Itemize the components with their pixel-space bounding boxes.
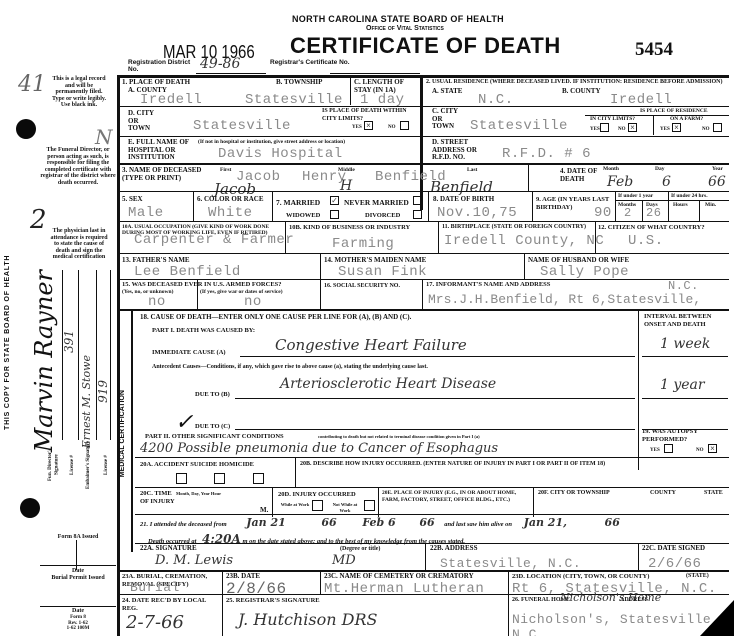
place-of-injury-label: 20e. Place of Injury (e.g., in or about … [382,490,532,503]
never-married-label: Never Married [344,199,409,207]
divider [40,606,116,607]
date-signed-label: 22c. Date Signed [642,545,705,553]
burial-date-value[interactable]: 2/8/66 [226,580,287,598]
funeral-address-label: Address [620,597,648,605]
part-2-hint: contributing to death but not related to… [318,434,480,440]
res-state-label: a. State [432,88,462,96]
document-title: CERTIFICATE OF DEATH [290,33,561,59]
divider [117,75,729,77]
due-to-b-value[interactable]: Arteriosclerotic Heart Disease [280,376,496,392]
birthplace-value[interactable]: Iredell County, NC [444,233,604,249]
form-revision-info: Form 8 Rev. 1-62 1-62 100M [40,615,116,632]
divider [638,311,639,470]
registrar-signature[interactable]: J. Hutchison DRS [238,610,377,629]
death-year-value[interactable]: 66 [708,174,726,190]
divider [120,191,729,192]
divider [120,136,420,137]
autopsy-label: 19. Was Autopsy Performed? [642,428,726,443]
injury-county-label: County [650,490,676,498]
divider [653,115,654,135]
part-1-label: Part I. Death was caused by: [152,327,255,335]
armed-forces-value[interactable]: no [148,294,166,310]
attended-from-year[interactable]: 66 [321,516,336,529]
divider [120,279,729,280]
agency-name: NORTH CAROLINA STATE BOARD OF HEALTH [292,14,504,24]
father-name-value[interactable]: Lee Benfield [134,264,241,280]
last-name-label: Last [467,167,477,173]
divider [272,191,273,221]
divider [423,106,729,107]
divider [320,570,321,594]
burial-value[interactable]: Burial [130,580,180,595]
fd-license-value[interactable]: 391 [62,330,76,353]
interval-label: Interval Between Onset and Death [644,313,728,328]
attended-text: 21. I attended the deceased from [140,521,227,528]
res-county-label: b. County [562,88,601,96]
autopsy-yes-label: Yes [650,447,660,455]
sex-label: 5. Sex [122,196,143,204]
divider [699,200,700,221]
margin-handwritten-41: 41 [18,72,46,97]
divider [295,457,296,487]
registration-district-underline [196,73,266,74]
month-label: Month [603,166,619,172]
date-of-birth-label: 8. Date of Birth [433,196,494,204]
street-address-value[interactable]: R.F.D. # 6 [502,146,591,162]
divider [532,191,533,221]
page-corner-fold [700,600,734,636]
industry-value[interactable]: Farming [332,236,394,252]
day-label: Day [655,166,664,172]
divider [235,398,635,399]
due-to-c-label: Due to (c) [195,423,230,431]
year-label: Year [712,166,723,172]
sex-value[interactable]: Male [128,205,164,221]
days-value[interactable]: 26 [646,206,661,220]
legal-notice: This is a legal record and will be perma… [50,76,108,109]
part-2-label: Part II. Other significant conditions [145,433,284,441]
war-service-hint: (If yes, give war or dates of service) [200,289,283,295]
married-label: 7. Married [276,199,320,207]
divider [615,200,729,201]
burial-permit-issued: Burial Permit Issued [40,575,116,582]
race-label: 6. Color or Race [197,196,264,204]
first-name-label: First [220,167,231,173]
location-label: 23d. Location (City, town, or county) [512,573,649,581]
registrar-certificate-label: Registrar's Certificate No. [270,60,360,67]
last-name-handwritten: Benfield [430,178,493,196]
autopsy-no-checkbox[interactable]: × [708,444,717,453]
months-value[interactable]: 2 [624,206,632,220]
office-name: Office of Vital Statistics [366,25,444,32]
injury-occurred-label: 20d. Injury Occurred [278,491,356,499]
divider [135,457,729,458]
time-of-injury-hint: Month, Day, Year Hour [176,491,221,497]
usual-residence-label: 2. Usual Residence (Where deceased lived… [426,79,726,87]
last-seen-year[interactable]: 66 [605,516,620,529]
informant-label: 17. Informant's Name and Address [426,281,550,289]
signature-label: 22a. Signature [140,545,197,553]
divider [240,356,635,357]
divider [423,136,729,137]
widowed-label: Widowed [286,212,320,220]
spouse-name-value[interactable]: Sally Pope [540,264,629,280]
margin-handwritten-n: N [95,125,113,149]
informant-state-value[interactable]: N.C. [668,279,699,293]
divider [508,570,509,636]
minutes-label: Min. [705,202,716,208]
funeral-director-notice: The Funeral Director, or person acting a… [40,147,116,187]
never-married-checkbox[interactable] [413,196,422,205]
part-2-checkmark: ✓ [175,410,193,435]
within-limits-yes-checkbox[interactable]: × [364,121,373,130]
war-service-value[interactable]: no [244,294,262,310]
attended-to-value[interactable]: Feb 6 [362,516,395,529]
divider [193,191,194,221]
death-day-value[interactable]: 6 [662,174,671,190]
registration-district-value[interactable]: 49-86 [200,56,240,72]
mother-name-value[interactable]: Susan Fink [338,264,427,280]
informant-value[interactable]: Mrs.J.H.Benfield, Rt 6,Statesville, [428,292,701,307]
divider [320,253,321,279]
in-city-yes-label: Yes [590,126,600,134]
divider [528,165,529,191]
divider [642,200,643,221]
embalmer-license-label: License # [104,440,111,490]
punch-hole [16,119,36,139]
date-label: Date [40,608,116,615]
age-value[interactable]: 90 [594,205,612,221]
embalmer-signature-line [96,270,97,440]
divider [350,78,351,105]
due-to-b-label: Due to (b) [195,391,230,399]
embalmer-signature-label: Embalmer's Signature [86,440,93,490]
divider [378,487,379,517]
city-township-label: 20f. City or Township [538,490,610,498]
on-farm-yes-checkbox[interactable]: × [672,123,681,132]
in-city-no-label: No [618,126,626,134]
date-of-birth-value[interactable]: Nov.10,75 [437,205,517,221]
married-checkbox[interactable]: ✓ [330,196,339,205]
death-city-value[interactable]: Statesville [193,118,291,134]
physician-notice: The physician last in attendance is requ… [50,228,108,261]
date-received-label: 24. Date Rec'd by Local Reg. [122,597,220,612]
attended-to-year[interactable]: 66 [419,516,434,529]
divorced-checkbox[interactable] [413,210,422,219]
divider [642,356,728,357]
on-farm-yes-label: Yes [660,126,670,134]
accident-label: 20a. Accident Suicide Homicide [140,461,254,469]
degree-label: (Degree or title) [340,546,380,552]
citizen-label: 12. Citizen of What Country? [598,224,705,232]
location-state-label: (State) [686,573,709,581]
on-farm-no-checkbox[interactable] [713,123,722,132]
divider [222,570,223,636]
divider [422,279,423,309]
divider [120,253,729,254]
physician-degree[interactable]: MD [332,553,356,568]
accident-checkbox[interactable] [176,473,187,484]
embalmer-signature[interactable]: Ernest M. Stowe [80,355,93,448]
address-label: 22b. Address [430,545,477,553]
deceased-name-label: 3. Name of Deceased (Type or Print) [122,167,202,182]
punch-hole [20,498,40,518]
date-of-death-label: 4. Date of Death [560,168,600,183]
race-value[interactable]: White [208,205,253,221]
fd-signature-line [62,270,63,440]
cemetery-label: 23c. Name of Cemetery or Crematory [324,573,474,581]
while-at-work-checkbox[interactable] [312,500,323,511]
armed-forces-label: 15. Was Deceased Ever in U.S. Armed Forc… [122,281,322,289]
injury-state-label: State [704,490,723,498]
margin-handwritten-2: 2 [30,205,47,235]
divider [642,398,728,399]
cause-of-death-label: 18. Cause of Death—Enter only one cause … [140,314,411,322]
divider [235,429,635,430]
res-city-label: c. City or Town [432,108,466,131]
attendance-statement: 21. I attended the deceased from Jan 21 … [140,516,620,529]
while-at-work-label: While at Work [280,502,310,508]
divider [135,514,729,515]
immediate-interval-value[interactable]: 1 week [660,336,710,352]
res-city-value[interactable]: Statesville [470,118,568,134]
physician-address-value[interactable]: Statesville, N.C. [440,556,581,571]
fd-signature-label: Fun. Director's Signature [48,440,61,490]
not-while-at-work-checkbox[interactable] [364,500,375,511]
last-saw-text: and last saw him alive on [444,521,512,528]
divider [40,565,116,566]
under-24-hours-label: If under 24 hrs. [671,193,708,199]
divider [117,163,729,165]
immediate-cause-value[interactable]: Congestive Heart Failure [275,336,467,354]
suicide-checkbox[interactable] [214,473,225,484]
divorced-label: Divorced [365,212,400,220]
divider [533,487,534,517]
date-label: Date [40,568,116,575]
within-limits-yes-label: Yes [352,124,362,132]
state-copy-label: THIS COPY FOR STATE BOARD OF HEALTH [4,250,11,430]
social-security-label: 16. Social Security No. [324,283,400,291]
birthplace-label: 11. Birthplace (State or foreign country… [442,224,586,232]
divider [120,221,729,222]
embalmer-license-line [110,270,111,440]
fd-license-label: License # [70,440,77,490]
divider [120,106,420,107]
registrar-signature-label: 25. Registrar's Signature [226,597,320,605]
within-limits-no-checkbox[interactable] [400,121,409,130]
widowed-checkbox[interactable] [330,210,339,219]
physician-signature[interactable]: D. M. Lewis [155,553,233,568]
street-address-label: d. Street Address or R.F.D. No. [432,139,492,162]
divider [668,191,669,221]
date-received-value[interactable]: 2-7-66 [126,612,184,633]
occupation-value[interactable]: Carpenter & Farmer [134,232,294,248]
registration-district-label: Registration District No. [128,60,196,73]
under-1-year-label: If under 1 year [618,193,653,199]
divider [638,543,639,570]
due-to-b-interval-value[interactable]: 1 year [660,377,705,393]
autopsy-yes-checkbox[interactable] [664,444,673,453]
form-8a-issued: Form 8A Issued [40,534,116,541]
divider [524,253,525,279]
fd-license-line [78,270,79,440]
hours-label: Hours [673,202,688,208]
embalmer-license-value[interactable]: 919 [96,380,110,403]
divider [615,191,616,221]
divider [425,543,426,570]
certificate-number: 5454 [635,39,673,61]
divider [135,487,729,488]
divider [272,487,273,517]
autopsy-no-label: No [696,447,704,455]
divider [438,221,439,253]
last-seen-value[interactable]: Jan 21, [524,516,567,529]
hospital-hint: (If not in hospital or institution, give… [198,139,418,145]
divider [420,75,423,210]
medical-certification-label: MEDICAL CERTIFICATION [119,390,126,477]
death-month-value[interactable]: Feb [607,174,633,190]
attended-from-value[interactable]: Jan 21 [246,516,285,529]
not-while-at-work-label: Not While at Work [327,502,363,514]
within-limits-no-label: No [388,124,396,132]
township-label: b. Township [276,79,322,87]
immediate-cause-label: Immediate Cause (a) [152,349,226,357]
divider [428,191,429,221]
describe-injury-label: 20b. Describe how injury occurred. (Ente… [300,461,605,469]
industry-label: 10b. Kind of Business or Industry [289,224,410,232]
city-label: d. City or Town [128,110,162,133]
hospital-label: e. Full Name of Hospital or Institution [128,139,198,162]
hospital-value[interactable]: Davis Hospital [218,146,343,162]
on-farm-no-label: No [702,126,710,134]
part-2-value[interactable]: 4200 Possible pneumonia due to Cancer of… [140,441,498,456]
in-city-no-checkbox[interactable]: × [628,123,637,132]
antecedent-causes-label: Antecedent Causes—Conditions, if any, wh… [152,364,428,372]
time-of-injury-label: 20c. Time of Injury [140,490,180,506]
in-city-yes-checkbox[interactable] [600,123,609,132]
funeral-director-signature[interactable]: Marvin Rayner [30,270,58,452]
citizen-value[interactable]: U.S. [628,233,664,249]
homicide-checkbox[interactable] [253,473,264,484]
registrar-certificate-field[interactable] [330,73,420,74]
